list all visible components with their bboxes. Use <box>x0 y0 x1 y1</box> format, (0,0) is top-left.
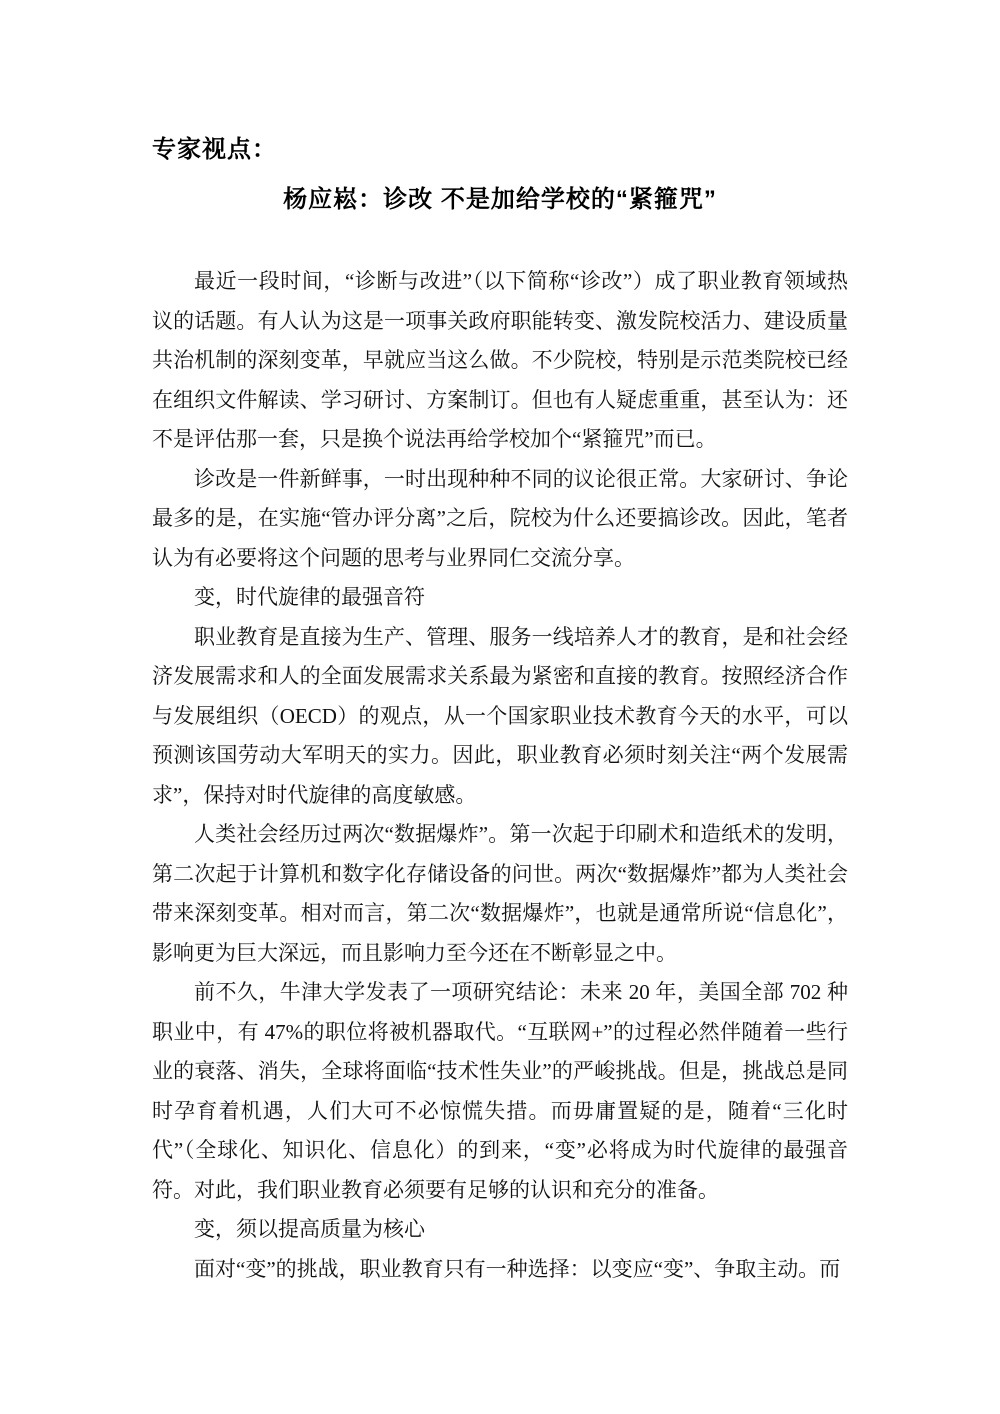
article-body: 最近一段时间，“诊断与改进”（以下简称“诊改”）成了职业教育领域热议的话题。有人… <box>152 262 848 1289</box>
paragraph-6: 面对“变”的挑战，职业教育只有一种选择：以变应“变”、争取主动。而 <box>152 1250 848 1290</box>
paragraph-2: 诊改是一件新鲜事，一时出现种种不同的议论很正常。大家研讨、争论最多的是，在实施“… <box>152 460 848 579</box>
section-kicker: 专家视点： <box>152 137 848 163</box>
paragraph-1: 最近一段时间，“诊断与改进”（以下简称“诊改”）成了职业教育领域热议的话题。有人… <box>152 262 848 460</box>
document-page: 专家视点： 杨应崧：诊改 不是加给学校的“紧箍咒” 最近一段时间，“诊断与改进”… <box>0 0 1000 1414</box>
subheading-1: 变，时代旋律的最强音符 <box>152 578 848 618</box>
article-title: 杨应崧：诊改 不是加给学校的“紧箍咒” <box>152 186 848 213</box>
paragraph-3: 职业教育是直接为生产、管理、服务一线培养人才的教育，是和社会经济发展需求和人的全… <box>152 618 848 816</box>
paragraph-4: 人类社会经历过两次“数据爆炸”。第一次起于印刷术和造纸术的发明，第二次起于计算机… <box>152 815 848 973</box>
subheading-2: 变，须以提高质量为核心 <box>152 1210 848 1250</box>
paragraph-5: 前不久，牛津大学发表了一项研究结论：未来 20 年，美国全部 702 种职业中，… <box>152 973 848 1210</box>
page-content: 专家视点： 杨应崧：诊改 不是加给学校的“紧箍咒” 最近一段时间，“诊断与改进”… <box>0 0 1000 1289</box>
